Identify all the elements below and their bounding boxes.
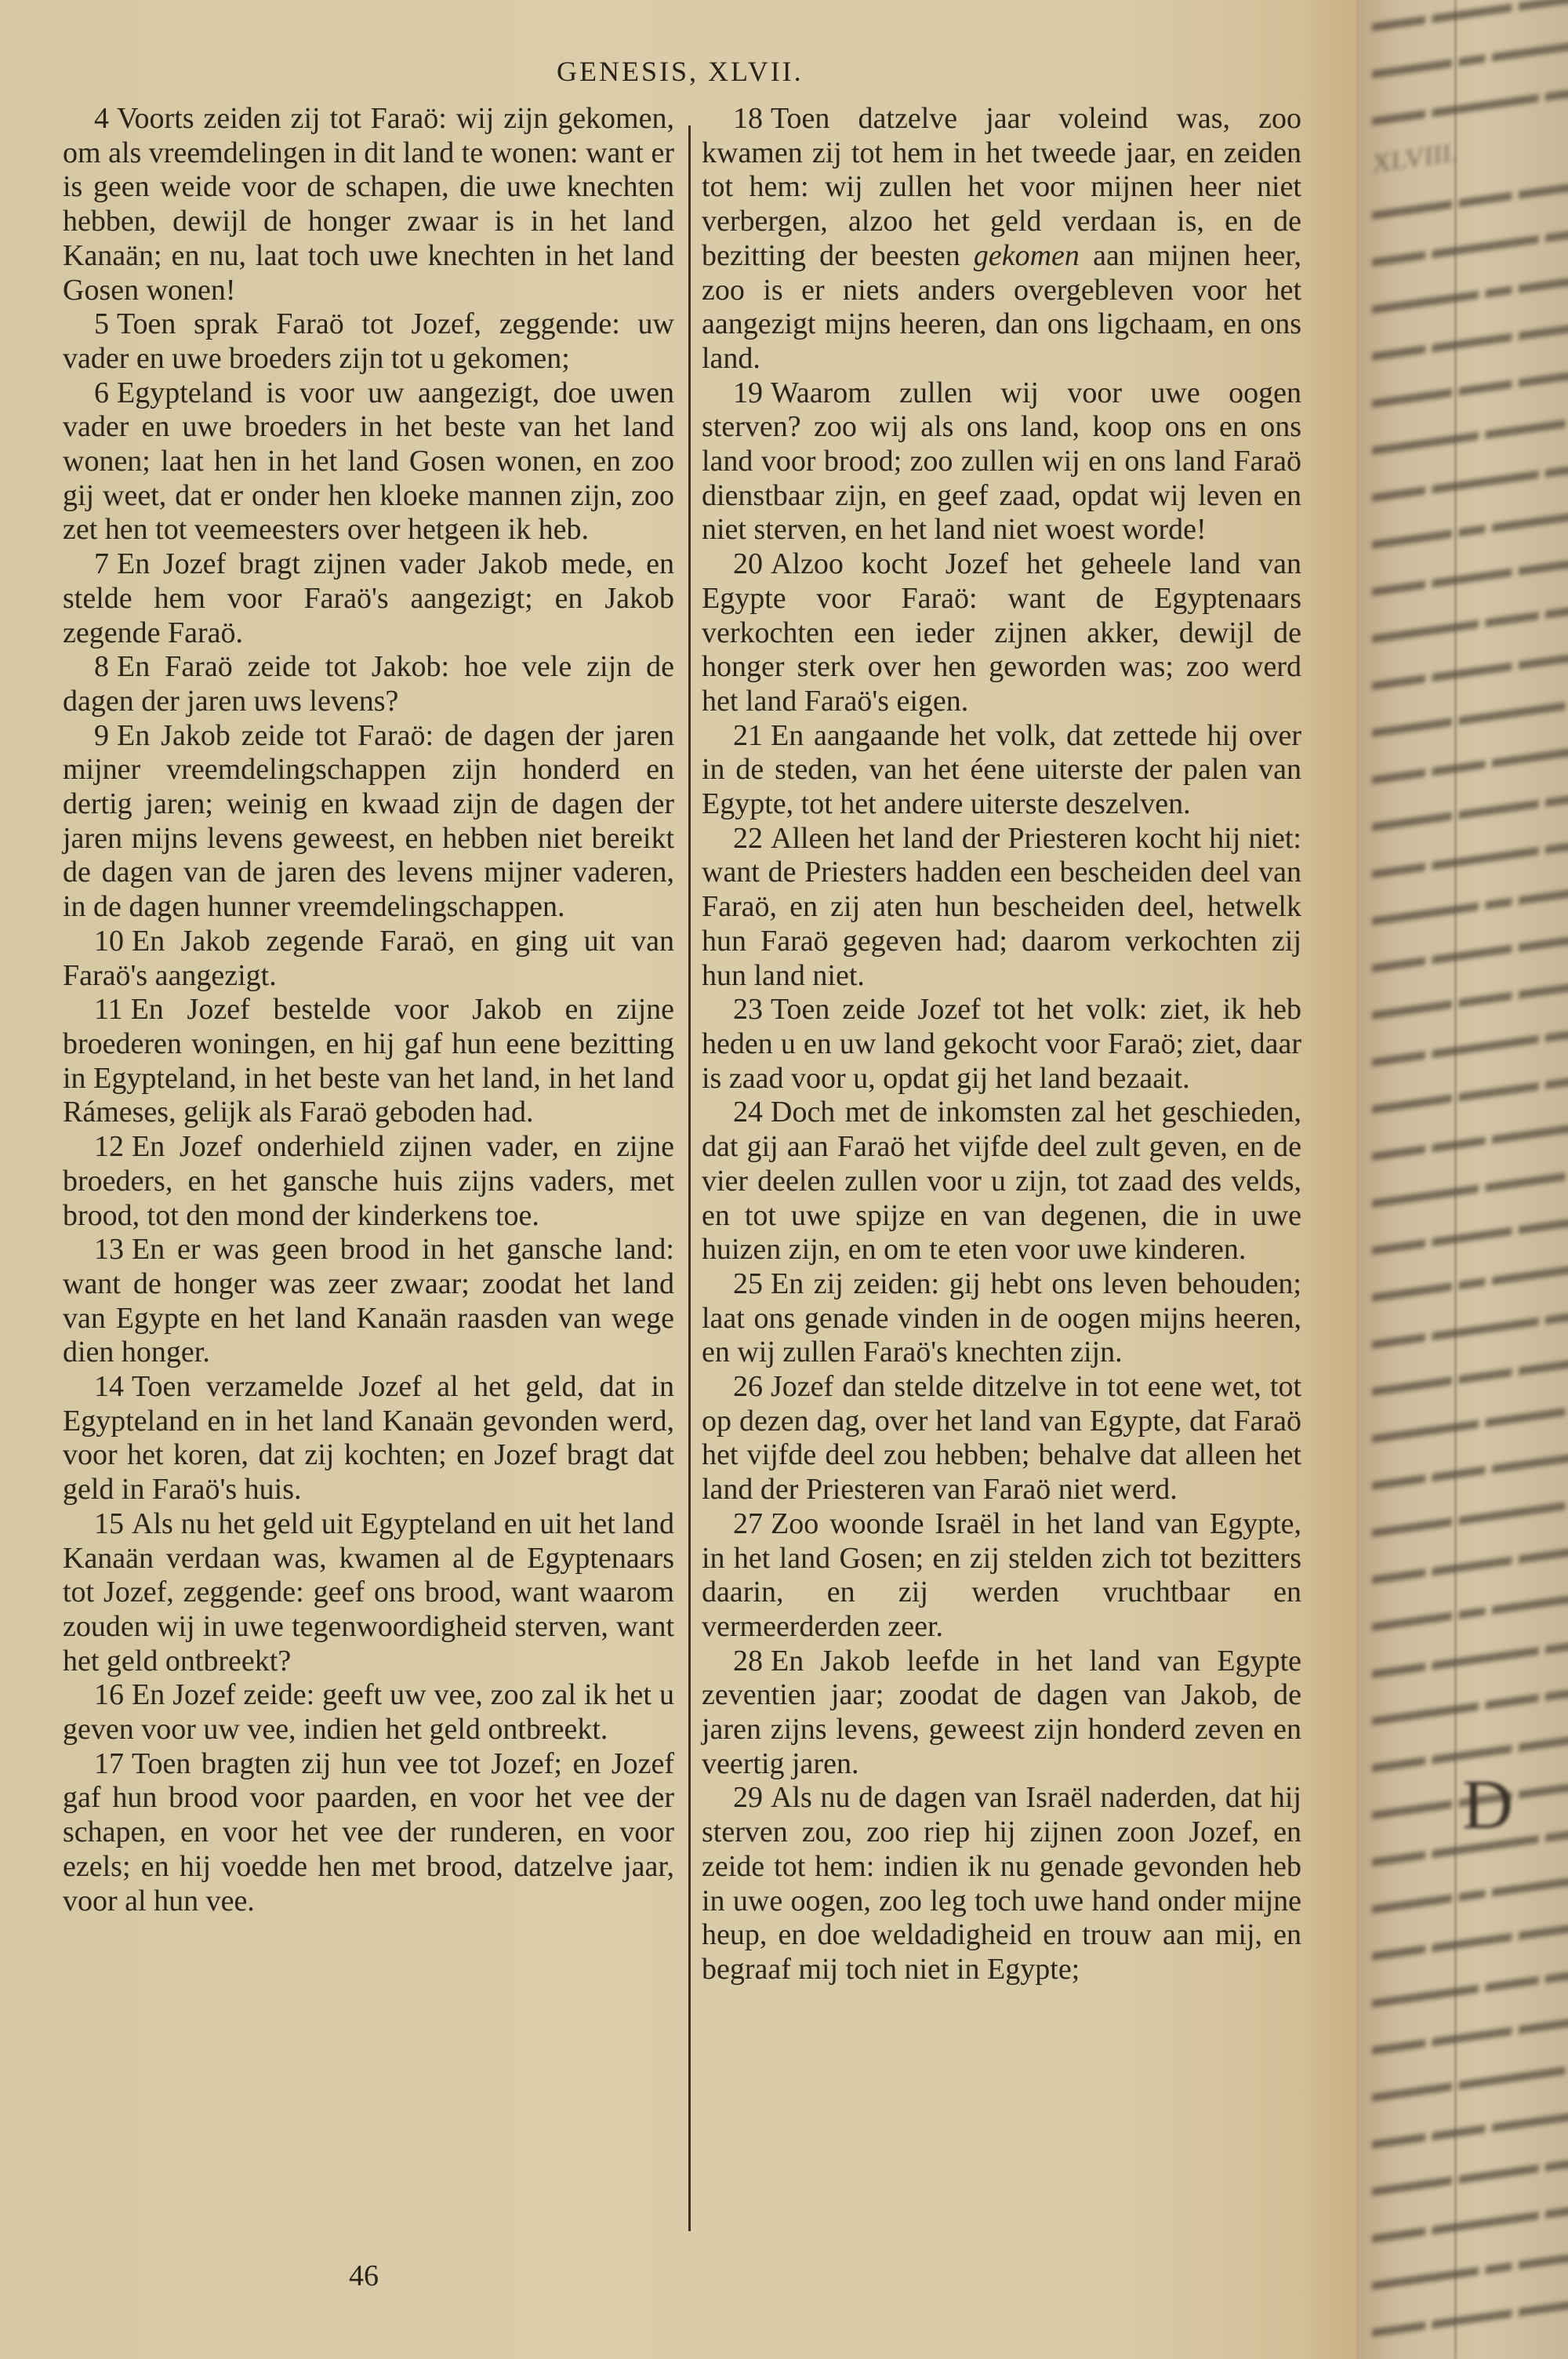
verse-number: 27 — [733, 1507, 763, 1540]
verse-text: Doch met de inkomsten zal het geschieden… — [702, 1096, 1301, 1266]
verse-number: 7 — [94, 547, 109, 580]
verse-text: Toen sprak Faraö tot Jozef, zeggende: uw… — [63, 307, 674, 375]
verse: 13En er was geen brood in het gansche la… — [63, 1233, 674, 1370]
verse: 24Doch met de inkomsten zal het geschied… — [702, 1096, 1301, 1267]
verse-number: 4 — [94, 102, 109, 135]
verse-text: En zij zeiden: gij hebt ons leven behoud… — [702, 1267, 1301, 1369]
verse: 25En zij zeiden: gij hebt ons leven beho… — [702, 1267, 1301, 1370]
verse-number: 5 — [94, 307, 109, 340]
verse-number: 15 — [94, 1507, 124, 1540]
verse-number: 22 — [733, 822, 763, 855]
verse: 21En aangaande het volk, dat zettede hij… — [702, 719, 1301, 822]
verse-number: 6 — [94, 376, 109, 409]
verse: 28En Jakob leefde in het land van Egypte… — [702, 1645, 1301, 1782]
verse: 9En Jakob zeide tot Faraö: de dagen der … — [63, 719, 674, 925]
left-column: 4Voorts zeiden zij tot Faraö: wij zijn g… — [63, 102, 674, 1918]
verse: 23Toen zeide Jozef tot het volk: ziet, i… — [702, 993, 1301, 1096]
verse-text: Toen zeide Jozef tot het volk: ziet, ik … — [702, 993, 1301, 1094]
column-divider — [688, 125, 691, 2231]
verse-text: En Jozef bragt zijnen vader Jakob mede, … — [63, 547, 674, 649]
verse-number: 13 — [94, 1233, 124, 1266]
verse-number: 28 — [733, 1645, 763, 1677]
verse-number: 29 — [733, 1781, 763, 1814]
verse-text: En er was geen brood in het gansche land… — [63, 1233, 674, 1369]
verse-number: 20 — [733, 547, 763, 580]
verse-number: 23 — [733, 993, 763, 1026]
verse-text: Als nu de dagen van Israël naderden, dat… — [702, 1781, 1301, 1986]
verse-number: 25 — [733, 1267, 763, 1300]
book-page: GENESIS, XLVII. 4Voorts zeiden zij tot F… — [0, 0, 1380, 2359]
verse-number: 12 — [94, 1130, 124, 1163]
verse: 16En Jozef zeide: geeft uw vee, zoo zal … — [63, 1678, 674, 1747]
right-column: 18Toen datzelve jaar voleind was, zoo kw… — [702, 102, 1301, 1987]
verse-text: En Jakob leefde in het land van Egypte z… — [702, 1645, 1301, 1780]
curled-next-page: ▬▬ ▬▬▬ ▬▬▬▬▬ ▬ ▬▬▬▬▬▬ ▬▬▬▬ ▬XLVIII.▬▬▬ ▬… — [1356, 0, 1568, 2359]
verse-text: Jozef dan stelde ditzelve in tot eene we… — [702, 1370, 1301, 1506]
verse-number: 8 — [94, 650, 109, 683]
verse: 15Als nu het geld uit Egypteland en uit … — [63, 1507, 674, 1679]
verse: 19Waarom zullen wij voor uwe oogen sterv… — [702, 376, 1301, 548]
verse-text: Zoo woonde Israël in het land van Egypte… — [702, 1507, 1301, 1643]
verse-number: 26 — [733, 1370, 763, 1403]
verse-text: Toen bragten zij hun vee tot Jozef; en J… — [63, 1747, 674, 1917]
verse-text: En Jozef zeide: geeft uw vee, zoo zal ik… — [63, 1678, 674, 1746]
verse: 4Voorts zeiden zij tot Faraö: wij zijn g… — [63, 102, 674, 307]
verse: 22Alleen het land der Priesteren kocht h… — [702, 822, 1301, 994]
verse-number: 16 — [94, 1678, 124, 1711]
verse-text: Waarom zullen wij voor uwe oogen sterven… — [702, 376, 1301, 547]
verse-number: 14 — [94, 1370, 124, 1403]
verse: 10En Jakob zegende Faraö, en ging uit va… — [63, 925, 674, 993]
verse-text: En Jakob zeide tot Faraö: de dagen der j… — [63, 719, 674, 924]
verse-text: Voorts zeiden zij tot Faraö: wij zijn ge… — [63, 102, 674, 307]
verse-text: En Jozef onderhield zijnen vader, en zij… — [63, 1130, 674, 1231]
verse: 26Jozef dan stelde ditzelve in tot eene … — [702, 1370, 1301, 1507]
verse-text: En Faraö zeide tot Jakob: hoe vele zijn … — [63, 650, 674, 718]
verse-number: 24 — [733, 1096, 763, 1129]
verse-number: 21 — [733, 719, 763, 752]
verse-text: En Jozef bestelde voor Jakob en zijne br… — [63, 993, 674, 1129]
verse-text: Toen verzamelde Jozef al het geld, dat i… — [63, 1370, 674, 1506]
verse: 14Toen verzamelde Jozef al het geld, dat… — [63, 1370, 674, 1507]
verse: 8En Faraö zeide tot Jakob: hoe vele zijn… — [63, 650, 674, 718]
verse-text: Alleen het land der Priesteren kocht hij… — [702, 822, 1301, 992]
verse: 29Als nu de dagen van Israël naderden, d… — [702, 1781, 1301, 1986]
verse: 18Toen datzelve jaar voleind was, zoo kw… — [702, 102, 1301, 376]
verse-number: 17 — [94, 1747, 124, 1780]
verse-number: 10 — [94, 925, 124, 958]
italic-word: gekomen — [974, 239, 1080, 272]
verse-text: Egypteland is voor uw aangezigt, doe uwe… — [63, 376, 674, 547]
verse: 6Egypteland is voor uw aangezigt, doe uw… — [63, 376, 674, 548]
drop-cap: D — [1462, 1765, 1513, 1845]
blurred-next-page-text: ▬▬ ▬▬▬ ▬▬▬▬▬ ▬ ▬▬▬▬▬▬ ▬▬▬▬ ▬XLVIII.▬▬▬ ▬… — [1372, 0, 1568, 2359]
verse-text: Als nu het geld uit Egypteland en uit he… — [63, 1507, 674, 1677]
verse-number: 11 — [94, 993, 123, 1026]
page-number: 46 — [349, 2259, 379, 2293]
verse-number: 19 — [733, 376, 763, 409]
verse-text: En Jakob zegende Faraö, en ging uit van … — [63, 925, 674, 992]
running-header: GENESIS, XLVII. — [557, 55, 804, 88]
verse: 7En Jozef bragt zijnen vader Jakob mede,… — [63, 547, 674, 650]
verse-text: Alzoo kocht Jozef het geheele land van E… — [702, 547, 1301, 718]
verse-number: 18 — [733, 102, 763, 135]
verse: 11En Jozef bestelde voor Jakob en zijne … — [63, 993, 674, 1130]
verse: 12En Jozef onderhield zijnen vader, en z… — [63, 1130, 674, 1233]
verse-number: 9 — [94, 719, 109, 752]
verse: 20Alzoo kocht Jozef het geheele land van… — [702, 547, 1301, 719]
verse: 17Toen bragten zij hun vee tot Jozef; en… — [63, 1747, 674, 1919]
verse-text: En aangaande het volk, dat zettede hij o… — [702, 719, 1301, 820]
verse: 27Zoo woonde Israël in het land van Egyp… — [702, 1507, 1301, 1645]
verse: 5Toen sprak Faraö tot Jozef, zeggende: u… — [63, 307, 674, 376]
